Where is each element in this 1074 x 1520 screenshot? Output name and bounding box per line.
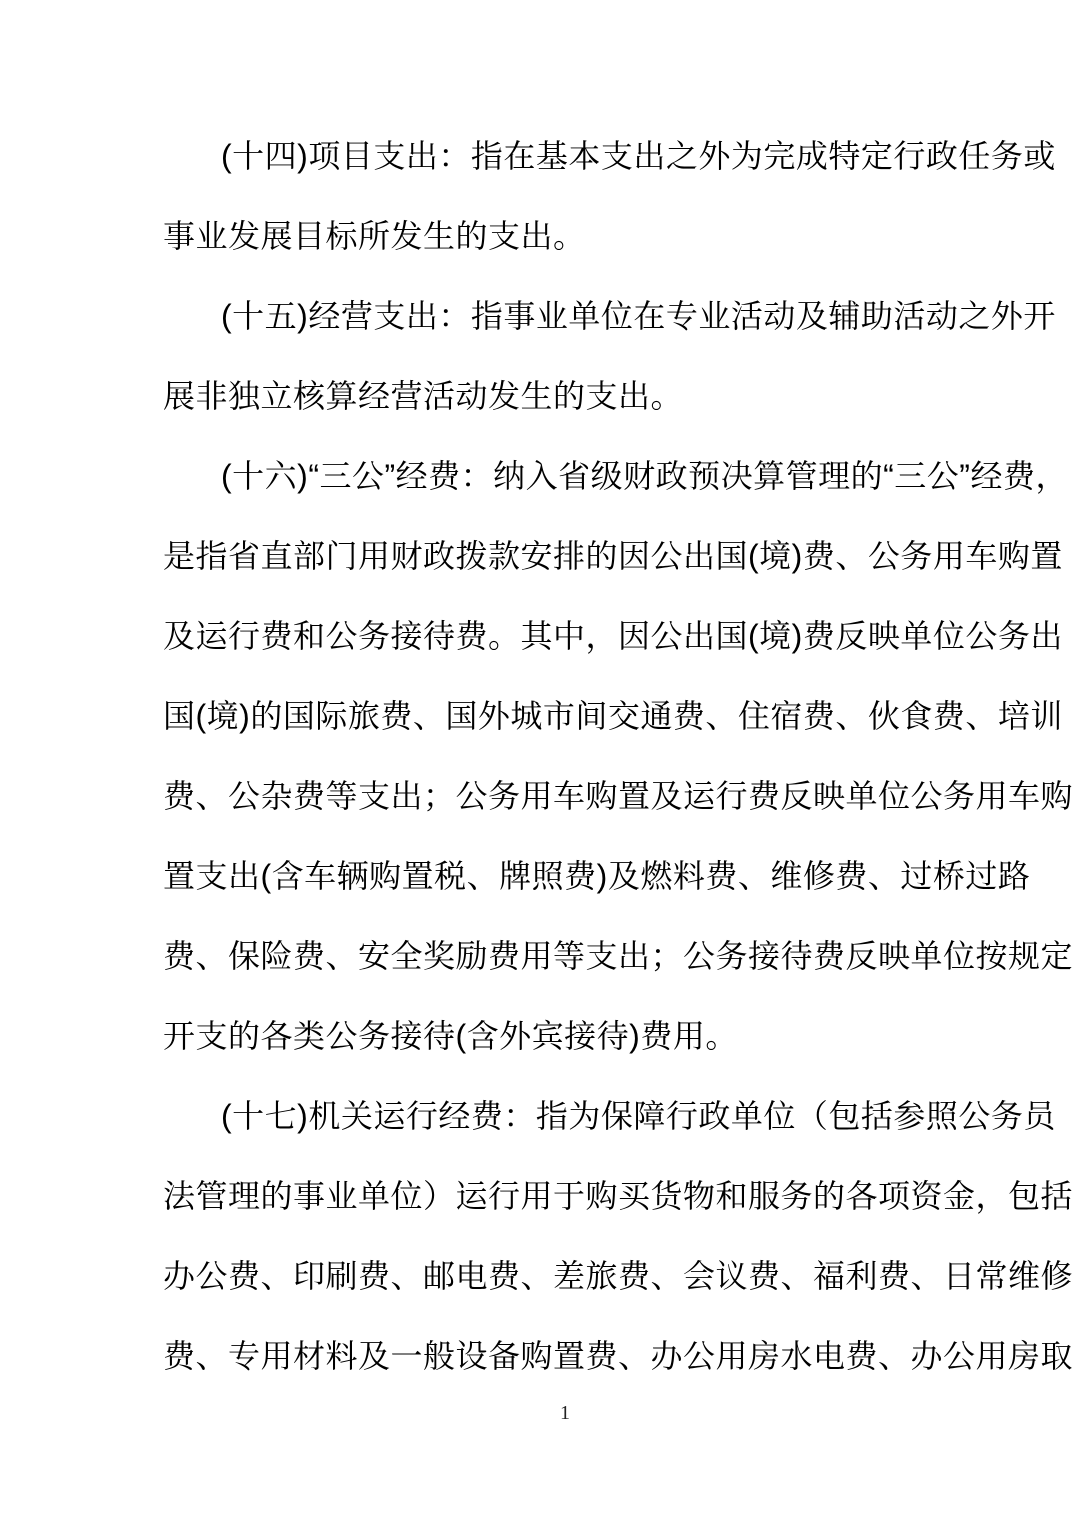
document-body: (十四)项目支出：指在基本支出之外为完成特定行政任务或事业发展目标所发生的支出。…	[163, 116, 985, 1396]
paragraph-item-15-operating-expenditure: (十五)经营支出：指事业单位在专业活动及辅助活动之外开展非独立核算经营活动发生的…	[163, 276, 985, 436]
text-line: 事业发展目标所发生的支出。	[163, 196, 985, 276]
text-line: 办公费、印刷费、邮电费、差旅费、会议费、福利费、日常维修	[163, 1236, 985, 1316]
paragraph-item-16-three-public-funds: (十六)“三公”经费：纳入省级财政预决算管理的“三公”经费，是指省直部门用财政拨…	[163, 436, 985, 1076]
text-line: 法管理的事业单位）运行用于购买货物和服务的各项资金，包括	[163, 1156, 985, 1236]
text-line: (十七)机关运行经费：指为保障行政单位（包括参照公务员	[163, 1076, 985, 1156]
text-line: (十六)“三公”经费：纳入省级财政预决算管理的“三公”经费，	[163, 436, 985, 516]
text-line: 费、专用材料及一般设备购置费、办公用房水电费、办公用房取	[163, 1316, 985, 1396]
text-line: 是指省直部门用财政拨款安排的因公出国(境)费、公务用车购置	[163, 516, 985, 596]
text-line: 开支的各类公务接待(含外宾接待)费用。	[163, 996, 985, 1076]
page-number: 1	[0, 1402, 1074, 1425]
text-line: 及运行费和公务接待费。其中，因公出国(境)费反映单位公务出	[163, 596, 985, 676]
text-line: 展非独立核算经营活动发生的支出。	[163, 356, 985, 436]
text-line: 置支出(含车辆购置税、牌照费)及燃料费、维修费、过桥过路	[163, 836, 985, 916]
text-line: (十四)项目支出：指在基本支出之外为完成特定行政任务或	[163, 116, 985, 196]
text-line: (十五)经营支出：指事业单位在专业活动及辅助活动之外开	[163, 276, 985, 356]
text-line: 费、公杂费等支出；公务用车购置及运行费反映单位公务用车购	[163, 756, 985, 836]
document-page: (十四)项目支出：指在基本支出之外为完成特定行政任务或事业发展目标所发生的支出。…	[0, 0, 1074, 1520]
paragraph-item-14-project-expenditure: (十四)项目支出：指在基本支出之外为完成特定行政任务或事业发展目标所发生的支出。	[163, 116, 985, 276]
paragraph-item-17-agency-operation-funds: (十七)机关运行经费：指为保障行政单位（包括参照公务员法管理的事业单位）运行用于…	[163, 1076, 985, 1396]
text-line: 国(境)的国际旅费、国外城市间交通费、住宿费、伙食费、培训	[163, 676, 985, 756]
text-line: 费、保险费、安全奖励费用等支出；公务接待费反映单位按规定	[163, 916, 985, 996]
